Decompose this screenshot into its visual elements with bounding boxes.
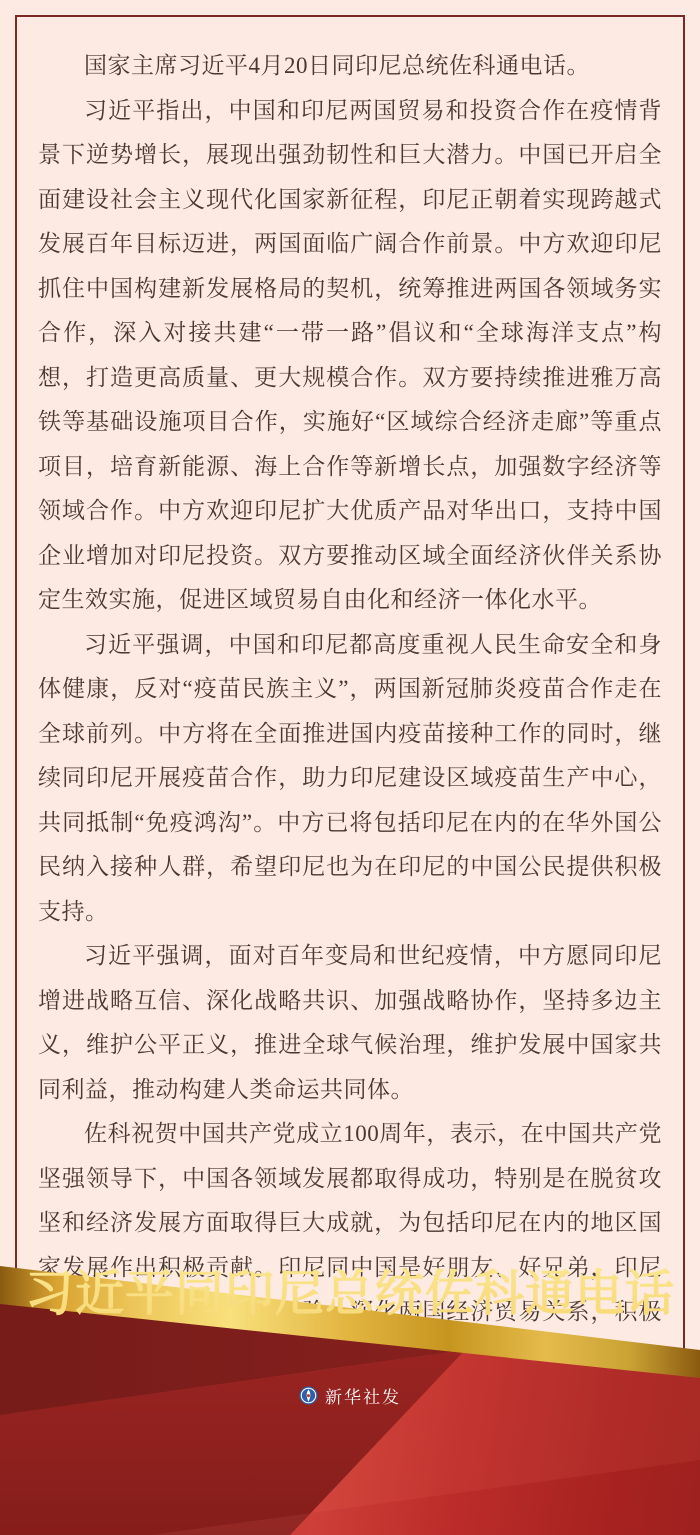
- article-paragraph: 习近平指出，中国和印尼两国贸易和投资合作在疫情背景下逆势增长，展现出强劲韧性和巨…: [38, 89, 662, 623]
- xinhua-globe-icon: [299, 1386, 318, 1405]
- credit-label: 新华社发: [325, 1383, 401, 1408]
- bottom-banner: 习近平同印尼总统佐科通电话 新华社发: [0, 1255, 700, 1535]
- credit: 新华社发: [0, 1255, 700, 1535]
- article-paragraph: 习近平强调，中国和印尼都高度重视人民生命安全和身体健康，反对“疫苗民族主义”，两…: [38, 623, 662, 935]
- article-paragraph: 国家主席习近平4月20日同印尼总统佐科通电话。: [38, 44, 662, 89]
- article-paragraph: 习近平强调，面对百年变局和世纪疫情，中方愿同印尼增进战略互信、深化战略共识、加强…: [38, 934, 662, 1112]
- news-poster-page: 国家主席习近平4月20日同印尼总统佐科通电话。 习近平指出，中国和印尼两国贸易和…: [0, 0, 700, 1535]
